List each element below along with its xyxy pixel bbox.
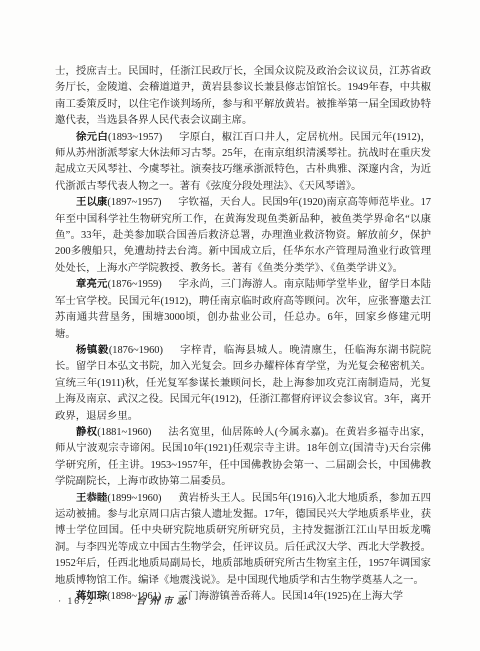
page-footer: · 1672 · 台州市志 (58, 593, 428, 607)
person-dates: (1897~1957) (107, 197, 161, 208)
gazetteer-page: 士，授庶吉士。民国时，任浙江民政厅长，全国众议院及政治会议议员，江苏省政务厅长，… (0, 0, 480, 651)
biography-list: 士，授庶吉士。民国时，任浙江民政厅长，全国众议院及政治会议议员，江苏省政务厅长，… (55, 64, 431, 605)
person-dates: (1876~1960) (109, 345, 163, 356)
page-number: · 1672 · (58, 597, 104, 607)
biography-entry: 杨镇毅(1876~1960)字梓青，临海县城人。晚清廪生，任临海东湖书院院长。留… (55, 343, 431, 425)
person-dates: (1876~1959) (108, 279, 162, 290)
person-dates: (1893~1957) (108, 132, 162, 143)
person-name: 王恭睦 (76, 493, 107, 504)
person-bio: 字梓青，临海县城人。晚清廪生，任临海东湖书院院长。留学日本弘文书院，加入光复会。… (55, 345, 431, 422)
person-dates: (1899~1960) (107, 493, 161, 504)
person-dates: (1881~1960) (97, 427, 151, 438)
person-name: 徐元白 (76, 132, 108, 143)
biography-entry: 徐元白(1893~1957)字原白，椒江百口井人，定居杭州。民国元年(1912)… (55, 130, 431, 196)
biography-entry: 王以康(1897~1957)字钦福，天台人。民国9年(1920)南京高等师范毕业… (55, 195, 431, 277)
person-bio: 字钦福，天台人。民国9年(1920)南京高等师范毕业。17年至中国科学社生物研究… (55, 197, 431, 274)
intro-continuation-paragraph: 士，授庶吉士。民国时，任浙江民政厅长，全国众议院及政治会议议员，江苏省政务厅长，… (55, 64, 431, 130)
biography-entry: 静权(1881~1960)法名宽里，仙居陈岭人(今属永嘉)。在黄岩多福寺出家，师… (55, 425, 431, 491)
person-name: 杨镇毅 (76, 345, 109, 356)
person-name: 章亮元 (76, 279, 108, 290)
person-bio: 黄岩桥头王人。民国5年(1916)入北大地质系，参加五四运动被捕。参与北京周口店… (55, 493, 431, 586)
book-title: 台州市志 (136, 593, 190, 607)
biography-entry: 王恭睦(1899~1960)黄岩桥头王人。民国5年(1916)入北大地质系，参加… (55, 491, 431, 589)
biography-entry: 章亮元(1876~1959)字永尚，三门海游人。南京陆师学堂毕业，留学日本陆军士… (55, 277, 431, 343)
person-name: 静权 (76, 427, 97, 438)
person-name: 王以康 (76, 197, 107, 208)
